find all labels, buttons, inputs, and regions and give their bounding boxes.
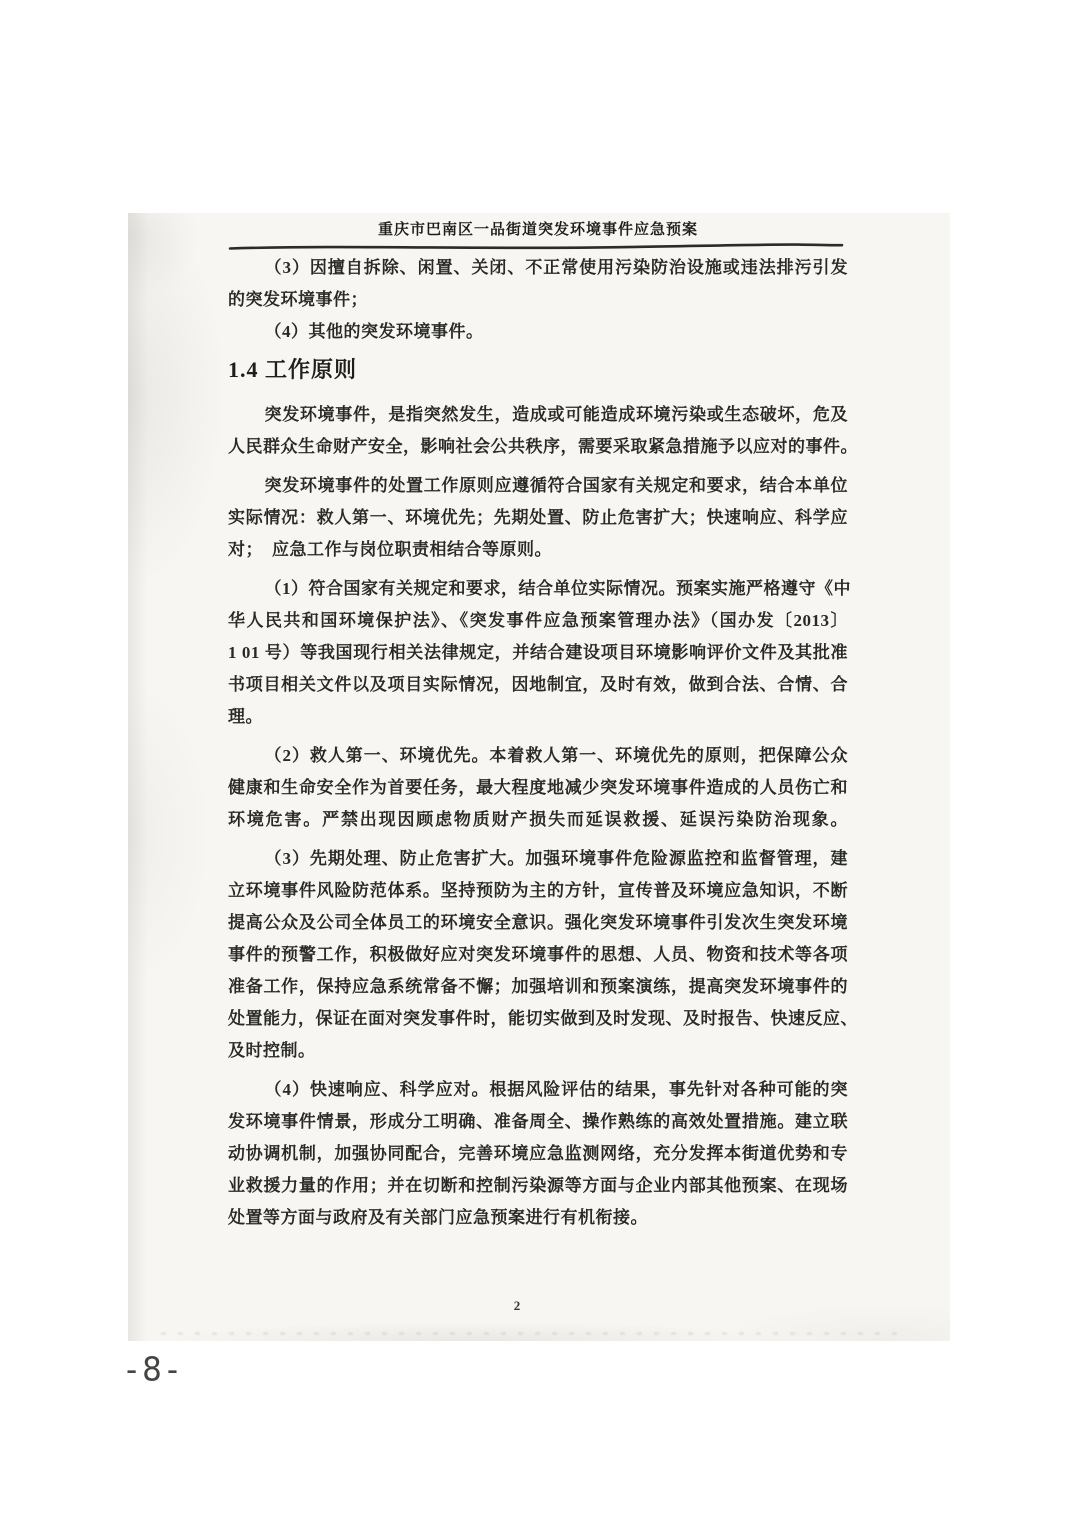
text-line: 处置能力，保证在面对突发事件时，能切实做到及时发现、及时报告、快速反应、 [228,1003,848,1035]
paragraph-principle-2: （2）救人第一、环境优先。本着救人第一、环境优先的原则，把保障公众健康和生命安全… [228,740,848,836]
sheet-number: -8- [126,1351,183,1389]
text-line: （1）符合国家有关规定和要求，结合单位实际情况。预案实施严格遵守《中 [228,573,848,605]
text-line: 实际情况：救人第一、环境优先；先期处置、防止危害扩大；快速响应、科学应 [228,502,848,534]
text-line: 动协调机制，加强协同配合，完善环境应急监测网络，充分发挥本街道优势和专 [228,1138,848,1170]
text-line: 处置等方面与政府及有关部门应急预案进行有机衔接。 [228,1202,848,1234]
text-line: 突发环境事件，是指突然发生，造成或可能造成环境污染或生态破坏，危及 [228,399,848,431]
list-item-4: （4）其他的突发环境事件。 [228,316,848,348]
text-line: 业救援力量的作用；并在切断和控制污染源等方面与企业内部其他预案、在现场 [228,1170,848,1202]
text-line: 准备工作，保持应急系统常备不懈；加强培训和预案演练，提高突发环境事件的 [228,971,848,1003]
header-title: 重庆市巴南区一品街道突发环境事件应急预案 [228,219,848,241]
text-line: 及时控制。 [228,1035,848,1067]
paragraph-principle-3: （3）先期处理、防止危害扩大。加强环境事件危险源监控和监督管理，建立环境事件风险… [228,843,848,1067]
header-rule [228,242,844,252]
text-line: 对； 应急工作与岗位职责相结合等原则。 [228,534,848,566]
paragraph-principle-4: （4）快速响应、科学应对。根据风险评估的结果，事先针对各种可能的突发环境事件情景… [228,1074,848,1234]
scanned-page-canvas: 重庆市巴南区一品街道突发环境事件应急预案 （3）因擅自拆除、闲置、关闭、不正常使… [0,0,1074,1520]
document-header: 重庆市巴南区一品街道突发环境事件应急预案 [228,219,848,252]
paragraph-principles: 突发环境事件的处置工作原则应遵循符合国家有关规定和要求，结合本单位实际情况：救人… [228,470,848,566]
text-line: 的突发环境事件； [228,284,848,316]
text-line: （4）其他的突发环境事件。 [228,316,848,348]
text-line: 理。 [228,701,848,733]
text-line: （4）快速响应、科学应对。根据风险评估的结果，事先针对各种可能的突 [228,1074,848,1106]
text-line: 健康和生命安全作为首要任务，最大程度地减少突发环境事件造成的人员伤亡和 [228,772,848,804]
text-line: 提高公众及公司全体员工的环境安全意识。强化突发环境事件引发次生突发环境 [228,907,848,939]
text-line: 书项目相关文件以及项目实际情况，因地制宜，及时有效，做到合法、合情、合 [228,669,848,701]
text-line: 环境危害。严禁出现因顾虑物质财产损失而延误救援、延误污染防治现象。 [228,804,848,836]
text-line: 人民群众生命财产安全，影响社会公共秩序，需要采取紧急措施予以应对的事件。 [228,431,848,463]
paragraph-intro: 突发环境事件，是指突然发生，造成或可能造成环境污染或生态破坏，危及人民群众生命财… [228,399,848,463]
document-paper: 重庆市巴南区一品街道突发环境事件应急预案 （3）因擅自拆除、闲置、关闭、不正常使… [128,213,950,1341]
text-line: 突发环境事件的处置工作原则应遵循符合国家有关规定和要求，结合本单位 [228,470,848,502]
document-body: （3）因擅自拆除、闲置、关闭、不正常使用污染防治设施或违法排污引发的突发环境事件… [228,252,848,1234]
text-line: 发环境事件情景，形成分工明确、准备周全、操作熟练的高效处置措施。建立联 [228,1106,848,1138]
page-number: 2 [128,1298,906,1314]
text-line: 华人民共和国环境保护法》、《突发事件应急预案管理办法》（国办发〔2013〕 [228,605,848,637]
list-item-3: （3）因擅自拆除、闲置、关闭、不正常使用污染防治设施或违法排污引发的突发环境事件… [228,252,848,316]
text-line: （2）救人第一、环境优先。本着救人第一、环境优先的原则，把保障公众 [228,740,848,772]
section-heading: 1.4 工作原则 [228,354,848,386]
paragraph-principle-1: （1）符合国家有关规定和要求，结合单位实际情况。预案实施严格遵守《中华人民共和国… [228,573,848,733]
text-line: 立环境事件风险防范体系。坚持预防为主的方针，宣传普及环境应急知识，不断 [228,875,848,907]
text-line: （3）因擅自拆除、闲置、关闭、不正常使用污染防治设施或违法排污引发 [228,252,848,284]
text-line: 事件的预警工作，积极做好应对突发环境事件的思想、人员、物资和技术等各项 [228,939,848,971]
text-line: 1 01 号）等我国现行相关法律规定，并结合建设项目环境影响评价文件及其批准 [228,637,848,669]
text-line: （3）先期处理、防止危害扩大。加强环境事件危险源监控和监督管理，建 [228,843,848,875]
